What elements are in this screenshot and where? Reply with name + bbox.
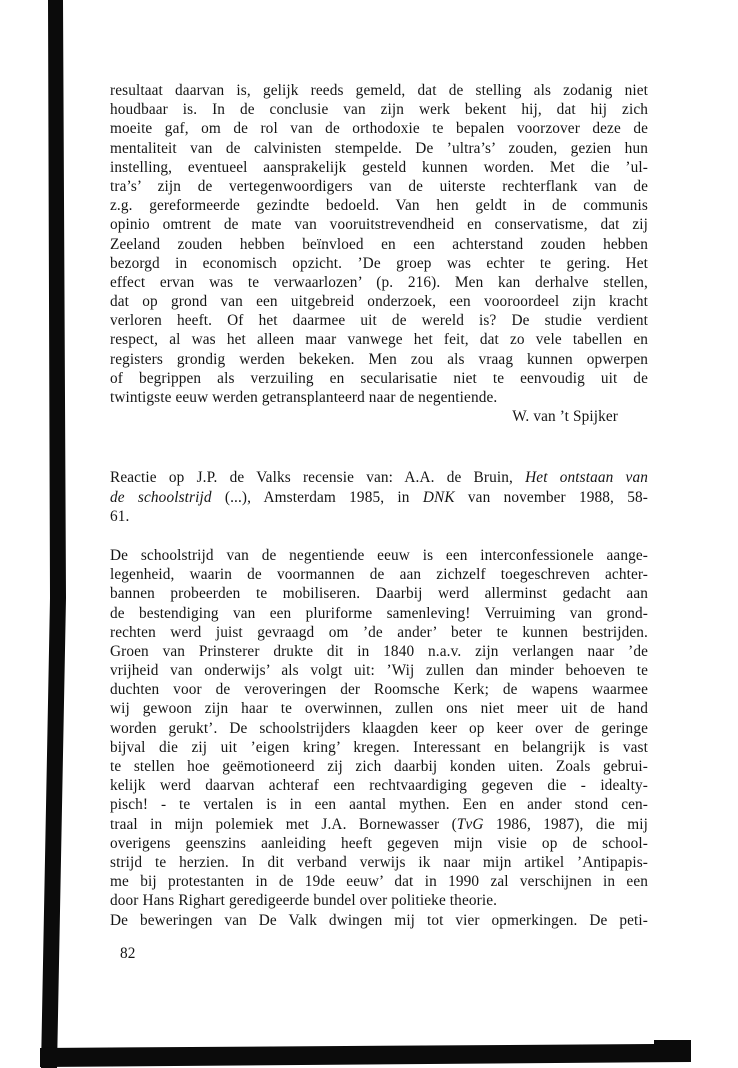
- text-line: Reactie op J.P. de Valks recensie van: A…: [110, 468, 648, 487]
- text-segment: bannen probeerden te mobiliseren. Daarbi…: [110, 585, 648, 602]
- text-segment: effect ervan was te verwaarlozen’ (p. 21…: [110, 274, 648, 291]
- text-line: respect, al was het alleen maar vanwege …: [110, 330, 648, 349]
- text-segment: me bij protestanten in de 19de eeuw’ dat…: [110, 873, 648, 890]
- text-line: de schoolstrijd (...), Amsterdam 1985, i…: [110, 488, 648, 507]
- text-line: registers grondig werden bekeken. Men zo…: [110, 350, 648, 369]
- text-segment: door Hans Righart geredigeerde bundel ov…: [110, 892, 497, 909]
- text-segment: rechten werd juist gevraagd om ’de ander…: [110, 624, 648, 641]
- italic-text: DNK: [423, 489, 455, 506]
- text-line: kelijk werd daarvan achteraf een rechtva…: [110, 776, 648, 795]
- text-segment: wij gewoon zijn haar te overwinnen, zull…: [110, 700, 648, 717]
- text-segment: tra’s’ zijn de vertegenwoordigers van de…: [110, 178, 648, 195]
- text-line: traal in mijn polemiek met J.A. Bornewas…: [110, 815, 648, 834]
- text-line: tra’s’ zijn de vertegenwoordigers van de…: [110, 177, 648, 196]
- text-segment: bezorgd in economisch opzicht. ’De groep…: [110, 255, 648, 272]
- text-segment: verloren heeft. Of het daarmee uit de we…: [110, 312, 648, 329]
- text-line: verloren heeft. Of het daarmee uit de we…: [110, 311, 648, 330]
- text-line: moeite gaf, om de rol van de orthodoxie …: [110, 119, 648, 138]
- text-column: resultaat daarvan is, gelijk reeds gemel…: [110, 81, 648, 963]
- scan-bottom-edge-bar: [40, 1040, 691, 1067]
- text-segment: vrijheid van onderwijs’ als volgt uit: ’…: [110, 662, 648, 679]
- text-line: houdbaar is. In de conclusie van zijn we…: [110, 100, 648, 119]
- text-line: effect ervan was te verwaarlozen’ (p. 21…: [110, 273, 648, 292]
- text-segment: worden gerukt’. De schoolstrijders klaag…: [110, 720, 648, 737]
- text-segment: registers grondig werden bekeken. Men zo…: [110, 351, 648, 368]
- text-line: 61.: [110, 507, 648, 526]
- text-line: vrijheid van onderwijs’ als volgt uit: ’…: [110, 661, 648, 680]
- text-line: legenheid, waarin de voormannen de aan z…: [110, 565, 648, 584]
- text-segment: (...), Amsterdam 1985, in: [212, 489, 423, 506]
- italic-text: TvG: [457, 816, 484, 833]
- text-segment: z.g. gereformeerde gezindte bedoeld. Van…: [110, 197, 648, 214]
- text-line: resultaat daarvan is, gelijk reeds gemel…: [110, 81, 648, 100]
- text-segment: resultaat daarvan is, gelijk reeds gemel…: [110, 82, 648, 99]
- text-segment: legenheid, waarin de voormannen de aan z…: [110, 566, 648, 583]
- text-line: mentaliteit van de calvinisten stempelde…: [110, 139, 648, 158]
- text-segment: van november 1988, 58-: [455, 489, 648, 506]
- text-segment: Groen van Prinsterer drukte dit in 1840 …: [110, 643, 648, 660]
- text-line: instelling, eventueel aansprakelijk gest…: [110, 158, 648, 177]
- text-line: worden gerukt’. De schoolstrijders klaag…: [110, 719, 648, 738]
- text-segment: dat op grond van een uitgebreid onderzoe…: [110, 293, 648, 310]
- text-line: Zeeland zouden hebben beïnvloed en een a…: [110, 235, 648, 254]
- text-line: of begrippen als verzuiling en secularis…: [110, 369, 648, 388]
- text-segment: te stellen hoe geëmotioneerd zij zich da…: [110, 758, 648, 775]
- text-line: pisch! - te vertalen is in een aantal my…: [110, 795, 648, 814]
- text-line: opinio omtrent de mate van vooruitstreve…: [110, 215, 648, 234]
- paragraph-reaction-body: De schoolstrijd van de negentiende eeuw …: [110, 546, 648, 930]
- text-segment: De schoolstrijd van de negentiende eeuw …: [110, 547, 648, 564]
- text-segment: duchten voor de veroveringen der Roomsch…: [110, 681, 648, 698]
- text-segment: opinio omtrent de mate van vooruitstreve…: [110, 216, 648, 233]
- text-line: te stellen hoe geëmotioneerd zij zich da…: [110, 757, 648, 776]
- scan-left-edge-bar: [41, 0, 66, 1068]
- text-segment: moeite gaf, om de rol van de orthodoxie …: [110, 120, 648, 137]
- text-segment: houdbaar is. In de conclusie van zijn we…: [110, 101, 648, 118]
- text-line: bannen probeerden te mobiliseren. Daarbi…: [110, 584, 648, 603]
- text-segment: bijval die zij uit ’eigen kring’ kregen.…: [110, 739, 648, 756]
- text-segment: mentaliteit van de calvinisten stempelde…: [110, 140, 648, 157]
- text-segment: respect, al was het alleen maar vanwege …: [110, 331, 648, 348]
- text-line: bezorgd in economisch opzicht. ’De groep…: [110, 254, 648, 273]
- text-segment: kelijk werd daarvan achteraf een rechtva…: [110, 777, 648, 794]
- text-segment: instelling, eventueel aansprakelijk gest…: [110, 159, 648, 176]
- text-line: strijd te herzien. In dit verband verwij…: [110, 853, 648, 872]
- text-segment: de bestendiging van een pluriforme samen…: [110, 605, 648, 622]
- text-line: overigens geenszins aanleiding heeft geg…: [110, 834, 648, 853]
- text-line: z.g. gereformeerde gezindte bedoeld. Van…: [110, 196, 648, 215]
- text-segment: of begrippen als verzuiling en secularis…: [110, 370, 648, 387]
- text-segment: pisch! - te vertalen is in een aantal my…: [110, 796, 648, 813]
- text-line: wij gewoon zijn haar te overwinnen, zull…: [110, 699, 648, 718]
- text-segment: Zeeland zouden hebben beïnvloed en een a…: [110, 236, 648, 253]
- text-line: bijval die zij uit ’eigen kring’ kregen.…: [110, 738, 648, 757]
- reaction-heading: Reactie op J.P. de Valks recensie van: A…: [110, 468, 648, 526]
- text-line: De schoolstrijd van de negentiende eeuw …: [110, 546, 648, 565]
- text-line: De beweringen van De Valk dwingen mij to…: [110, 911, 648, 930]
- text-line: Groen van Prinsterer drukte dit in 1840 …: [110, 642, 648, 661]
- text-line: dat op grond van een uitgebreid onderzoe…: [110, 292, 648, 311]
- italic-text: de schoolstrijd: [110, 489, 212, 506]
- text-segment: overigens geenszins aanleiding heeft geg…: [110, 835, 648, 852]
- text-line: de bestendiging van een pluriforme samen…: [110, 604, 648, 623]
- text-line: twintigste eeuw werden getransplanteerd …: [110, 388, 648, 407]
- text-segment: Reactie op J.P. de Valks recensie van: A…: [110, 469, 525, 486]
- page-number: 82: [110, 944, 648, 963]
- text-line: me bij protestanten in de 19de eeuw’ dat…: [110, 872, 648, 891]
- text-segment: strijd te herzien. In dit verband verwij…: [110, 854, 648, 871]
- text-line: duchten voor de veroveringen der Roomsch…: [110, 680, 648, 699]
- signature: W. van ’t Spijker: [110, 407, 648, 426]
- text-segment: 61.: [110, 508, 129, 525]
- text-segment: twintigste eeuw werden getransplanteerd …: [110, 389, 497, 406]
- paragraph-review-conclusion: resultaat daarvan is, gelijk reeds gemel…: [110, 81, 648, 407]
- text-segment: 1986, 1987), die mij: [484, 816, 648, 833]
- scanned-document-page: resultaat daarvan is, gelijk reeds gemel…: [0, 0, 738, 1068]
- italic-text: Het ontstaan van: [525, 469, 648, 486]
- text-segment: De beweringen van De Valk dwingen mij to…: [110, 912, 648, 929]
- text-line: door Hans Righart geredigeerde bundel ov…: [110, 891, 648, 910]
- text-segment: traal in mijn polemiek met J.A. Bornewas…: [110, 816, 457, 833]
- text-line: rechten werd juist gevraagd om ’de ander…: [110, 623, 648, 642]
